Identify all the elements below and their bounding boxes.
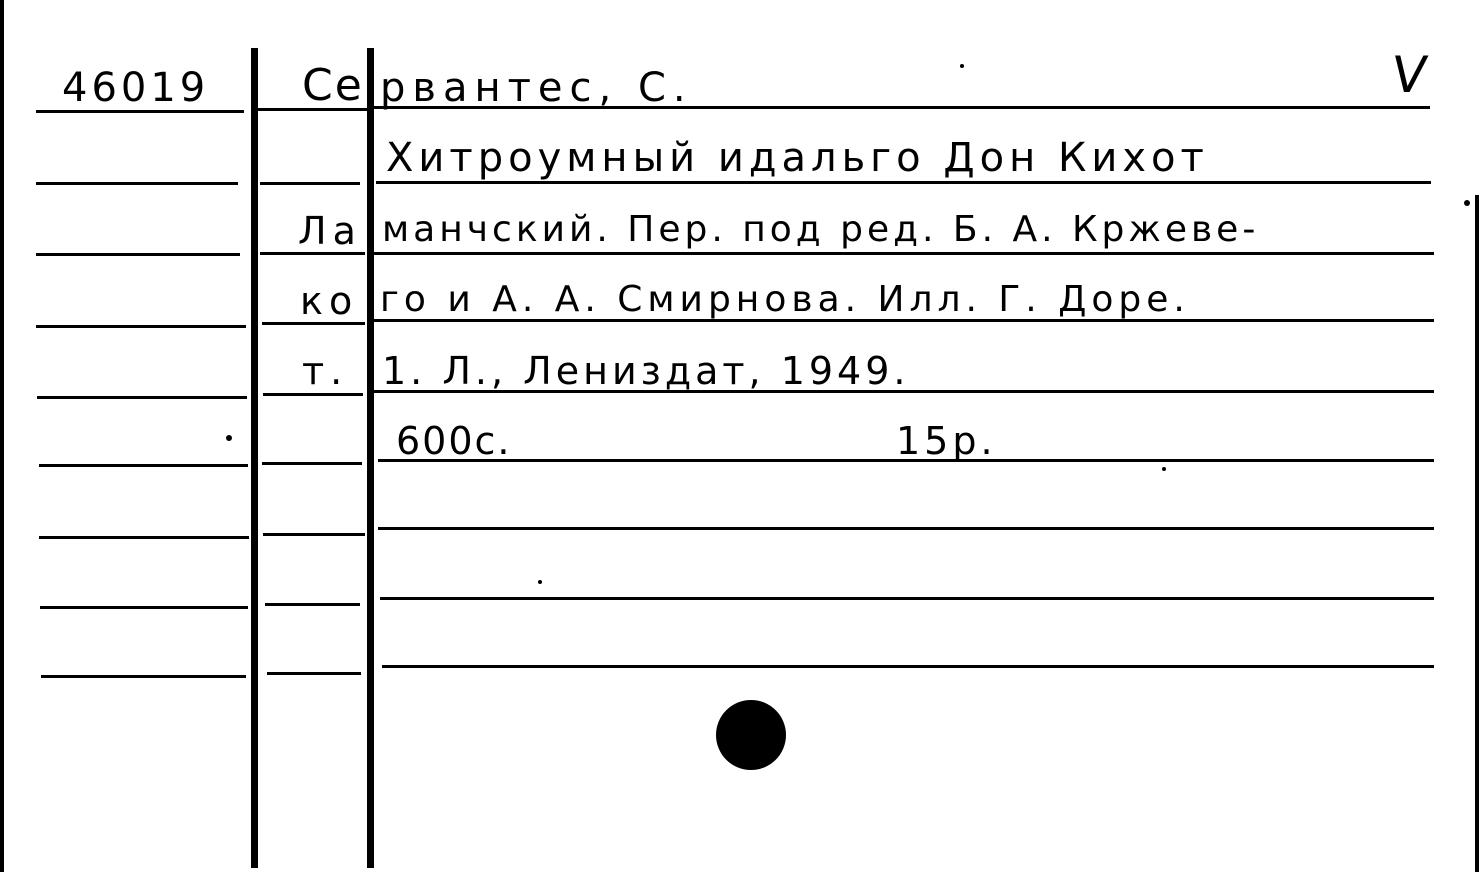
rule-mid-2	[260, 182, 360, 185]
catalog-card: 46019 Се рвантес, С. V Хитроумный идальг…	[0, 0, 1480, 872]
punch-hole	[716, 700, 786, 770]
line-3-main: го и А. А. Смирнова. Илл. Г. Доре.	[380, 282, 1190, 318]
call-number: 46019	[62, 68, 209, 108]
right-border	[1475, 195, 1479, 872]
rule-left-6	[39, 464, 248, 467]
line-4-main: 1. Л., Лениздат, 1949.	[382, 352, 910, 390]
rule-main-3	[374, 252, 1434, 255]
rule-main-9	[382, 665, 1434, 668]
rule-left-8	[40, 606, 248, 609]
rule-mid-5	[263, 393, 363, 396]
left-border	[0, 0, 4, 872]
scan-speck	[226, 435, 232, 441]
rule-mid-9	[267, 672, 361, 675]
rule-main-8	[380, 597, 1434, 600]
rule-left-2	[36, 182, 238, 185]
rule-left-7	[39, 536, 249, 539]
scan-speck	[960, 64, 964, 68]
scan-speck	[1162, 467, 1166, 471]
author-name: рвантес, С.	[380, 68, 693, 108]
line-4-left: т.	[302, 352, 348, 390]
line-3-left: ко	[300, 282, 358, 320]
rule-left-3	[36, 253, 240, 256]
author-prefix: Се	[302, 64, 364, 108]
line-1-main: Хитроумный идальго Дон Кихот	[386, 138, 1209, 178]
rule-left-5	[37, 396, 247, 399]
column-rule-1	[251, 48, 258, 868]
rule-mid-6	[262, 462, 362, 465]
line-2-main: манчский. Пер. под ред. Б. А. Кржеве-	[382, 212, 1259, 248]
rule-mid-7	[263, 533, 365, 536]
check-mark: V	[1388, 50, 1435, 100]
rule-mid-8	[265, 603, 360, 606]
rule-left-9	[41, 675, 246, 678]
page-count: 600с.	[396, 422, 512, 460]
rule-left-4	[36, 325, 246, 328]
line-2-left: Ла	[298, 212, 362, 250]
scan-speck	[1464, 200, 1470, 206]
rule-main-7	[378, 527, 1434, 530]
column-rule-2	[367, 48, 374, 868]
rule-main-2	[376, 181, 1431, 184]
scan-speck	[538, 580, 542, 584]
price: 15р.	[896, 422, 997, 460]
